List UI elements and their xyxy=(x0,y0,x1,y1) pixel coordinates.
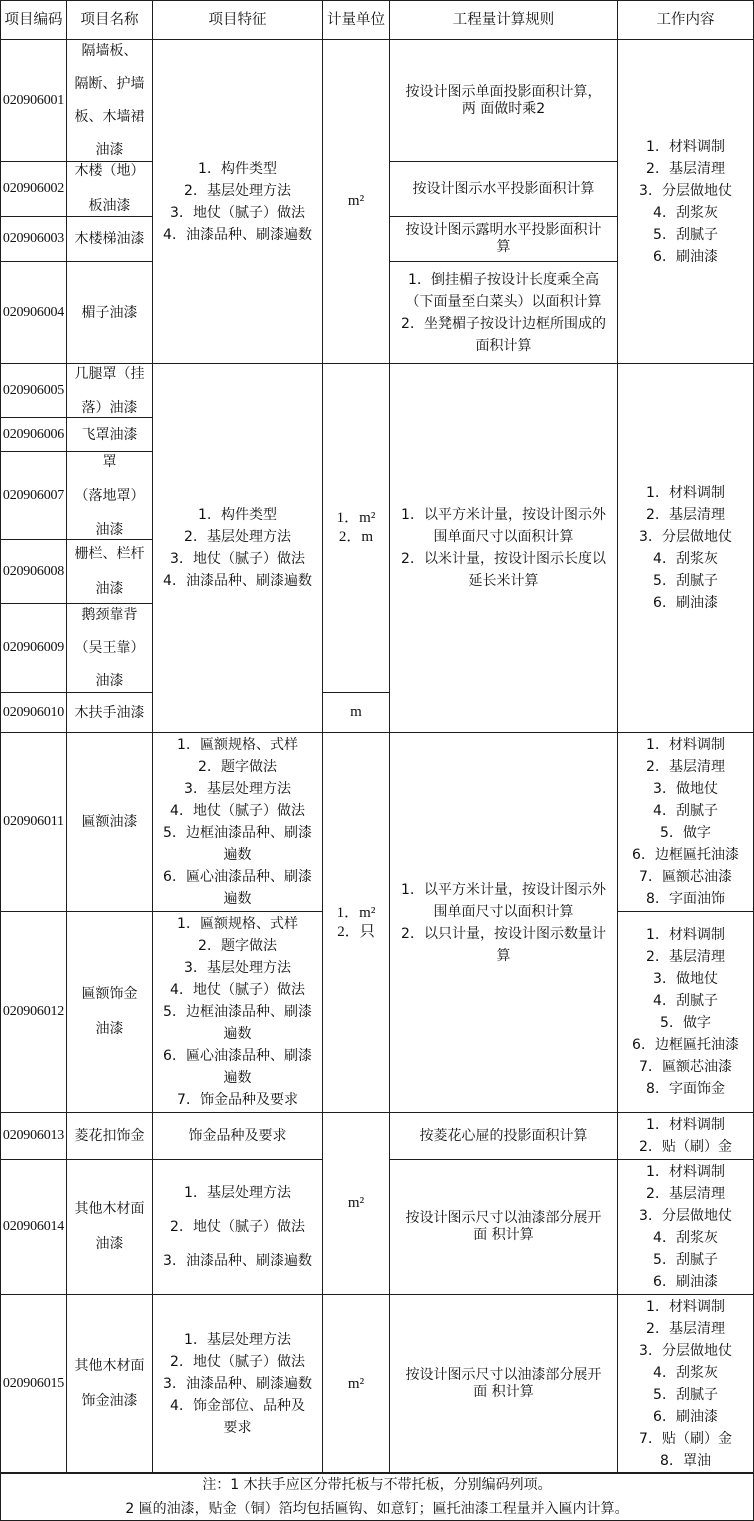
cell-name: 木楼梯油漆 xyxy=(66,216,153,262)
cell-name: 鹅颈靠背 （吴王靠） 油漆 xyxy=(66,603,153,693)
cell-features: 1．匾额规格、式样 2．题字做法 3．基层处理方法 4．地仗（腻子）做法 5．边… xyxy=(152,911,323,1113)
cell-rule: 按设计图示水平投影面积计算 xyxy=(389,161,618,217)
cell-rule: 按菱花心屉的投影面积计算 xyxy=(389,1112,618,1160)
cell-work: 1．材料调制 2．基层清理 3．分层做地仗 4．刮浆灰 5．刮腻子 6．刷油漆 … xyxy=(617,1294,754,1474)
cell-unit: 1．m² 2．只 xyxy=(322,732,390,1113)
cell-code: 020906002 xyxy=(0,161,67,217)
table-note: 注：1 木扶手应区分带托板与不带托板，分别编码列项。 2 匾的油漆，贴金（铜）箔… xyxy=(0,1472,754,1521)
cell-name: 菱花扣饰金 xyxy=(66,1112,153,1160)
cell-features: 1．构件类型 2．基层处理方法 3．地仗（腻子）做法 4．油漆品种、刷漆遍数 xyxy=(152,363,323,733)
cell-name: 木楼（地） 板油漆 xyxy=(66,161,153,217)
cell-unit: m xyxy=(322,692,390,733)
cell-features: 1．匾额规格、式样 2．题字做法 3．基层处理方法 4．地仗（腻子）做法 5．边… xyxy=(152,732,323,912)
cell-rule: 1．以平方米计量，按设计图示外 围单面尺寸以面积计算 2．以只计量，按设计图示数… xyxy=(389,732,618,1113)
cell-rule: 按设计图示尺寸以油漆部分展开 面 积计算 xyxy=(389,1159,618,1295)
cell-code: 020906008 xyxy=(0,539,67,604)
cell-features: 饰金品种及要求 xyxy=(152,1112,323,1160)
cell-name: 楣子油漆 xyxy=(66,261,153,364)
cell-features: 1．基层处理方法 2．地仗（腻子）做法 3．油漆品种、刷漆遍数 xyxy=(152,1159,323,1295)
cell-work: 1．材料调制 2．基层清理 3．做地仗 4．刮腻子 5．做字 6．边框匾托油漆 … xyxy=(617,732,754,912)
cell-name: 木扶手油漆 xyxy=(66,692,153,733)
cell-unit: 1．m² 2．m xyxy=(322,363,390,693)
cell-name: 匾额饰金 油漆 xyxy=(66,911,153,1113)
cell-rule: 按设计图示露明水平投影面积计 算 xyxy=(389,216,618,262)
cell-features: 1．构件类型 2．基层处理方法 3．地仗（腻子）做法 4．油漆品种、刷漆遍数 xyxy=(152,39,323,364)
cell-name: 匾额油漆 xyxy=(66,732,153,912)
cell-name: 罩 （落地罩） 油漆 xyxy=(66,451,153,540)
cell-code: 020906010 xyxy=(0,692,67,733)
cell-rule: 按设计图示单面投影面积计算， 两 面做时乘2 xyxy=(389,39,618,162)
cell-name: 其他木材面 饰金油漆 xyxy=(66,1294,153,1474)
quantity-rules-table: 项目编码 项目名称 项目特征 计量单位 工程量计算规则 工作内容 0209060… xyxy=(0,0,754,1521)
cell-code: 020906003 xyxy=(0,216,67,262)
cell-code: 020906011 xyxy=(0,732,67,912)
cell-work: 1．材料调制 2．基层清理 3．做地仗 4．刮腻子 5．做字 6．边框匾托油漆 … xyxy=(617,911,754,1113)
header-code: 项目编码 xyxy=(0,0,67,40)
cell-code: 020906004 xyxy=(0,261,67,364)
cell-work: 1．材料调制 2．贴（刷）金 xyxy=(617,1112,754,1160)
cell-name: 隔墙板、 隔断、护墙 板、木墙裙 油漆 xyxy=(66,39,153,162)
cell-work: 1．材料调制 2．基层清理 3．分层做地仗 4．刮浆灰 5．刮腻子 6．刷油漆 xyxy=(617,363,754,733)
cell-rule: 1．以平方米计量，按设计图示外 围单面尺寸以面积计算 2．以米计量，按设计图示长… xyxy=(389,363,618,733)
cell-name: 其他木材面 油漆 xyxy=(66,1159,153,1295)
cell-rule: 1．倒挂楣子按设计长度乘全高 （下面量至白菜头）以面积计算 2．坐凳楣子按设计边… xyxy=(389,261,618,364)
cell-code: 020906001 xyxy=(0,39,67,162)
header-work: 工作内容 xyxy=(617,0,754,40)
cell-code: 020906014 xyxy=(0,1159,67,1295)
cell-code: 020906006 xyxy=(0,417,67,452)
header-rule: 工程量计算规则 xyxy=(389,0,618,40)
cell-unit: m² xyxy=(322,1294,390,1474)
cell-name: 栅栏、栏杆 油漆 xyxy=(66,539,153,604)
cell-work: 1．材料调制 2．基层清理 3．分层做地仗 4．刮浆灰 5．刮腻子 6．刷油漆 xyxy=(617,39,754,364)
cell-name: 几腿罩（挂 落）油漆 xyxy=(66,363,153,418)
cell-code: 020906007 xyxy=(0,451,67,540)
cell-rule: 按设计图示尺寸以油漆部分展开 面 积计算 xyxy=(389,1294,618,1474)
cell-unit: m² xyxy=(322,1112,390,1295)
cell-unit: m² xyxy=(322,39,390,364)
header-unit: 计量单位 xyxy=(322,0,390,40)
header-features: 项目特征 xyxy=(152,0,323,40)
cell-code: 020906009 xyxy=(0,603,67,693)
cell-code: 020906005 xyxy=(0,363,67,418)
cell-code: 020906012 xyxy=(0,911,67,1113)
cell-features: 1．基层处理方法 2．地仗（腻子）做法 3．油漆品种、刷漆遍数 4．饰金部位、品… xyxy=(152,1294,323,1474)
cell-work: 1．材料调制 2．基层清理 3．分层做地仗 4．刮浆灰 5．刮腻子 6．刷油漆 xyxy=(617,1159,754,1295)
cell-code: 020906013 xyxy=(0,1112,67,1160)
cell-code: 020906015 xyxy=(0,1294,67,1474)
